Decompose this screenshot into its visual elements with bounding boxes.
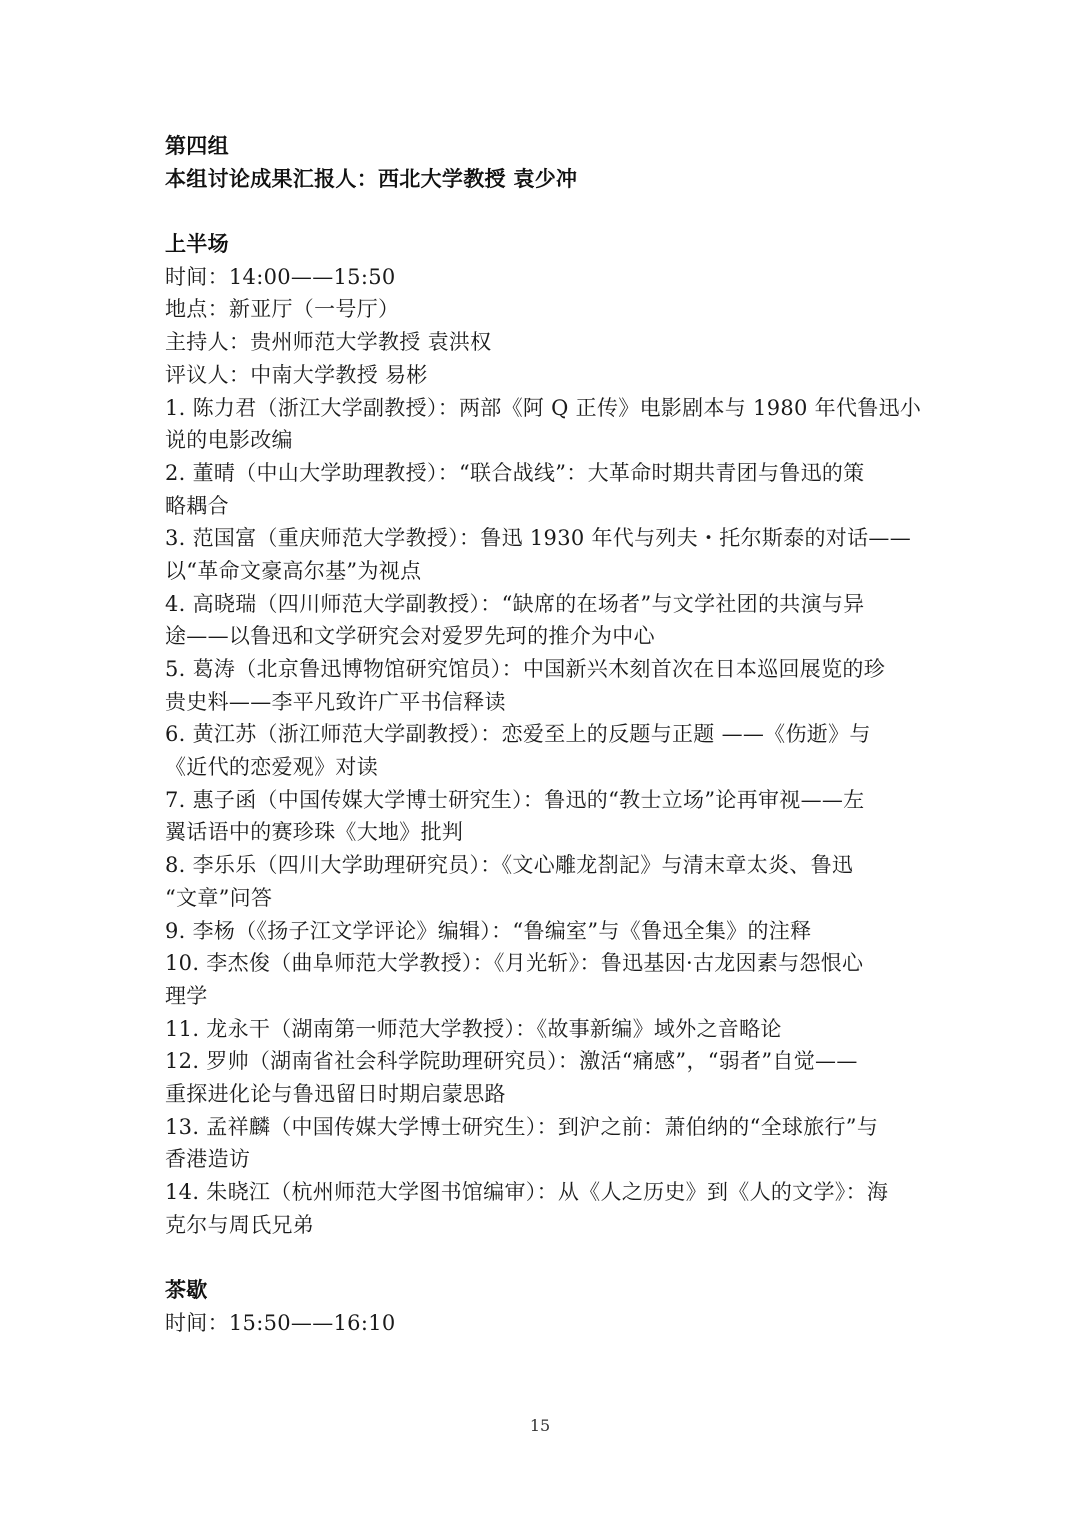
session-reviewer: 评议人：中南大学教授 易彬: [165, 359, 925, 392]
paper-list: 1. 陈力君（浙江大学副教授）：两部《阿 Q 正传》电影剧本与 1980 年代鲁…: [165, 392, 925, 1242]
paper-line: 2. 董晴（中山大学助理教授）：“联合战线”：大革命时期共青团与鲁迅的策: [165, 457, 925, 490]
paper-line: 略耦合: [165, 490, 925, 523]
paper-line: 13. 孟祥麟（中国传媒大学博士研究生）：到沪之前：萧伯纳的“全球旅行”与: [165, 1111, 925, 1144]
paper-line: 12. 罗帅（湖南省社会科学院助理研究员）：激活“痛感”，“弱者”自觉——: [165, 1045, 925, 1078]
paper-item-10: 10. 李杰俊（曲阜师范大学教授）：《月光斩》：鲁迅基因·古龙因素与怨恨心 理学: [165, 947, 925, 1012]
paper-line: 14. 朱晓江（杭州师范大学图书馆编审）：从《人之历史》到《人的文学》：海: [165, 1176, 925, 1209]
paper-line: 5. 葛涛（北京鲁迅博物馆研究馆员）：中国新兴木刻首次在日本巡回展览的珍: [165, 653, 925, 686]
session-location: 地点：新亚厅（一号厅）: [165, 293, 925, 326]
paper-line: 3. 范国富（重庆师范大学教授）：鲁迅 1930 年代与列夫・托尔斯泰的对话——: [165, 522, 925, 555]
paper-item-13: 13. 孟祥麟（中国传媒大学博士研究生）：到沪之前：萧伯纳的“全球旅行”与 香港…: [165, 1111, 925, 1176]
paper-item-3: 3. 范国富（重庆师范大学教授）：鲁迅 1930 年代与列夫・托尔斯泰的对话——…: [165, 522, 925, 587]
paper-item-9: 9. 李杨（《扬子江文学评论》编辑）：“鲁编室”与《鲁迅全集》的注释: [165, 915, 925, 948]
paper-line: 克尔与周氏兄弟: [165, 1209, 925, 1242]
paper-item-11: 11. 龙永干（湖南第一师范大学教授）：《故事新编》域外之音略论: [165, 1013, 925, 1046]
paper-item-12: 12. 罗帅（湖南省社会科学院助理研究员）：激活“痛感”，“弱者”自觉—— 重探…: [165, 1045, 925, 1110]
paper-item-6: 6. 黄江苏（浙江师范大学副教授）：恋爱至上的反题与正题 ——《伤逝》与 《近代…: [165, 718, 925, 783]
paper-item-5: 5. 葛涛（北京鲁迅博物馆研究馆员）：中国新兴木刻首次在日本巡回展览的珍 贵史料…: [165, 653, 925, 718]
paper-line: 《近代的恋爱观》对读: [165, 751, 925, 784]
group-title: 第四组: [165, 130, 925, 163]
page-number: 15: [0, 1416, 1080, 1435]
break-title: 茶歇: [165, 1274, 925, 1307]
session-host: 主持人：贵州师范大学教授 袁洪权: [165, 326, 925, 359]
session-time: 时间：14:00——15:50: [165, 261, 925, 294]
paper-line: 途——以鲁迅和文学研究会对爱罗先珂的推介为中心: [165, 620, 925, 653]
paper-item-2: 2. 董晴（中山大学助理教授）：“联合战线”：大革命时期共青团与鲁迅的策 略耦合: [165, 457, 925, 522]
document-page: 第四组 本组讨论成果汇报人：西北大学教授 袁少冲 上半场 时间：14:00——1…: [165, 130, 925, 1339]
paper-line: 10. 李杰俊（曲阜师范大学教授）：《月光斩》：鲁迅基因·古龙因素与怨恨心: [165, 947, 925, 980]
paper-item-8: 8. 李乐乐（四川大学助理研究员）：《文心雕龙剳記》与清末章太炎、鲁迅 “文章”…: [165, 849, 925, 914]
paper-item-4: 4. 高晓瑞（四川师范大学副教授）：“缺席的在场者”与文学社团的共演与异 途——…: [165, 588, 925, 653]
paper-item-14: 14. 朱晓江（杭州师范大学图书馆编审）：从《人之历史》到《人的文学》：海 克尔…: [165, 1176, 925, 1241]
spacer: [165, 1241, 925, 1274]
paper-item-1: 1. 陈力君（浙江大学副教授）：两部《阿 Q 正传》电影剧本与 1980 年代鲁…: [165, 392, 925, 457]
paper-line: 11. 龙永干（湖南第一师范大学教授）：《故事新编》域外之音略论: [165, 1013, 925, 1046]
paper-line: 6. 黄江苏（浙江师范大学副教授）：恋爱至上的反题与正题 ——《伤逝》与: [165, 718, 925, 751]
break-time: 时间：15:50——16:10: [165, 1307, 925, 1340]
paper-line: 理学: [165, 980, 925, 1013]
spacer: [165, 195, 925, 228]
paper-line: 香港造访: [165, 1143, 925, 1176]
paper-line: 7. 惠子函（中国传媒大学博士研究生）：鲁迅的“教士立场”论再审视——左: [165, 784, 925, 817]
paper-line: 8. 李乐乐（四川大学助理研究员）：《文心雕龙剳記》与清末章太炎、鲁迅: [165, 849, 925, 882]
paper-line: 1. 陈力君（浙江大学副教授）：两部《阿 Q 正传》电影剧本与 1980 年代鲁…: [165, 392, 925, 425]
paper-line: 4. 高晓瑞（四川师范大学副教授）：“缺席的在场者”与文学社团的共演与异: [165, 588, 925, 621]
group-reporter: 本组讨论成果汇报人：西北大学教授 袁少冲: [165, 163, 925, 196]
paper-line: 以“革命文豪高尔基”为视点: [165, 555, 925, 588]
paper-line: 翼话语中的赛珍珠《大地》批判: [165, 816, 925, 849]
paper-line: 说的电影改编: [165, 424, 925, 457]
session-title: 上半场: [165, 228, 925, 261]
paper-line: “文章”问答: [165, 882, 925, 915]
paper-line: 重探进化论与鲁迅留日时期启蒙思路: [165, 1078, 925, 1111]
paper-item-7: 7. 惠子函（中国传媒大学博士研究生）：鲁迅的“教士立场”论再审视——左 翼话语…: [165, 784, 925, 849]
paper-line: 贵史料——李平凡致许广平书信释读: [165, 686, 925, 719]
paper-line: 9. 李杨（《扬子江文学评论》编辑）：“鲁编室”与《鲁迅全集》的注释: [165, 915, 925, 948]
